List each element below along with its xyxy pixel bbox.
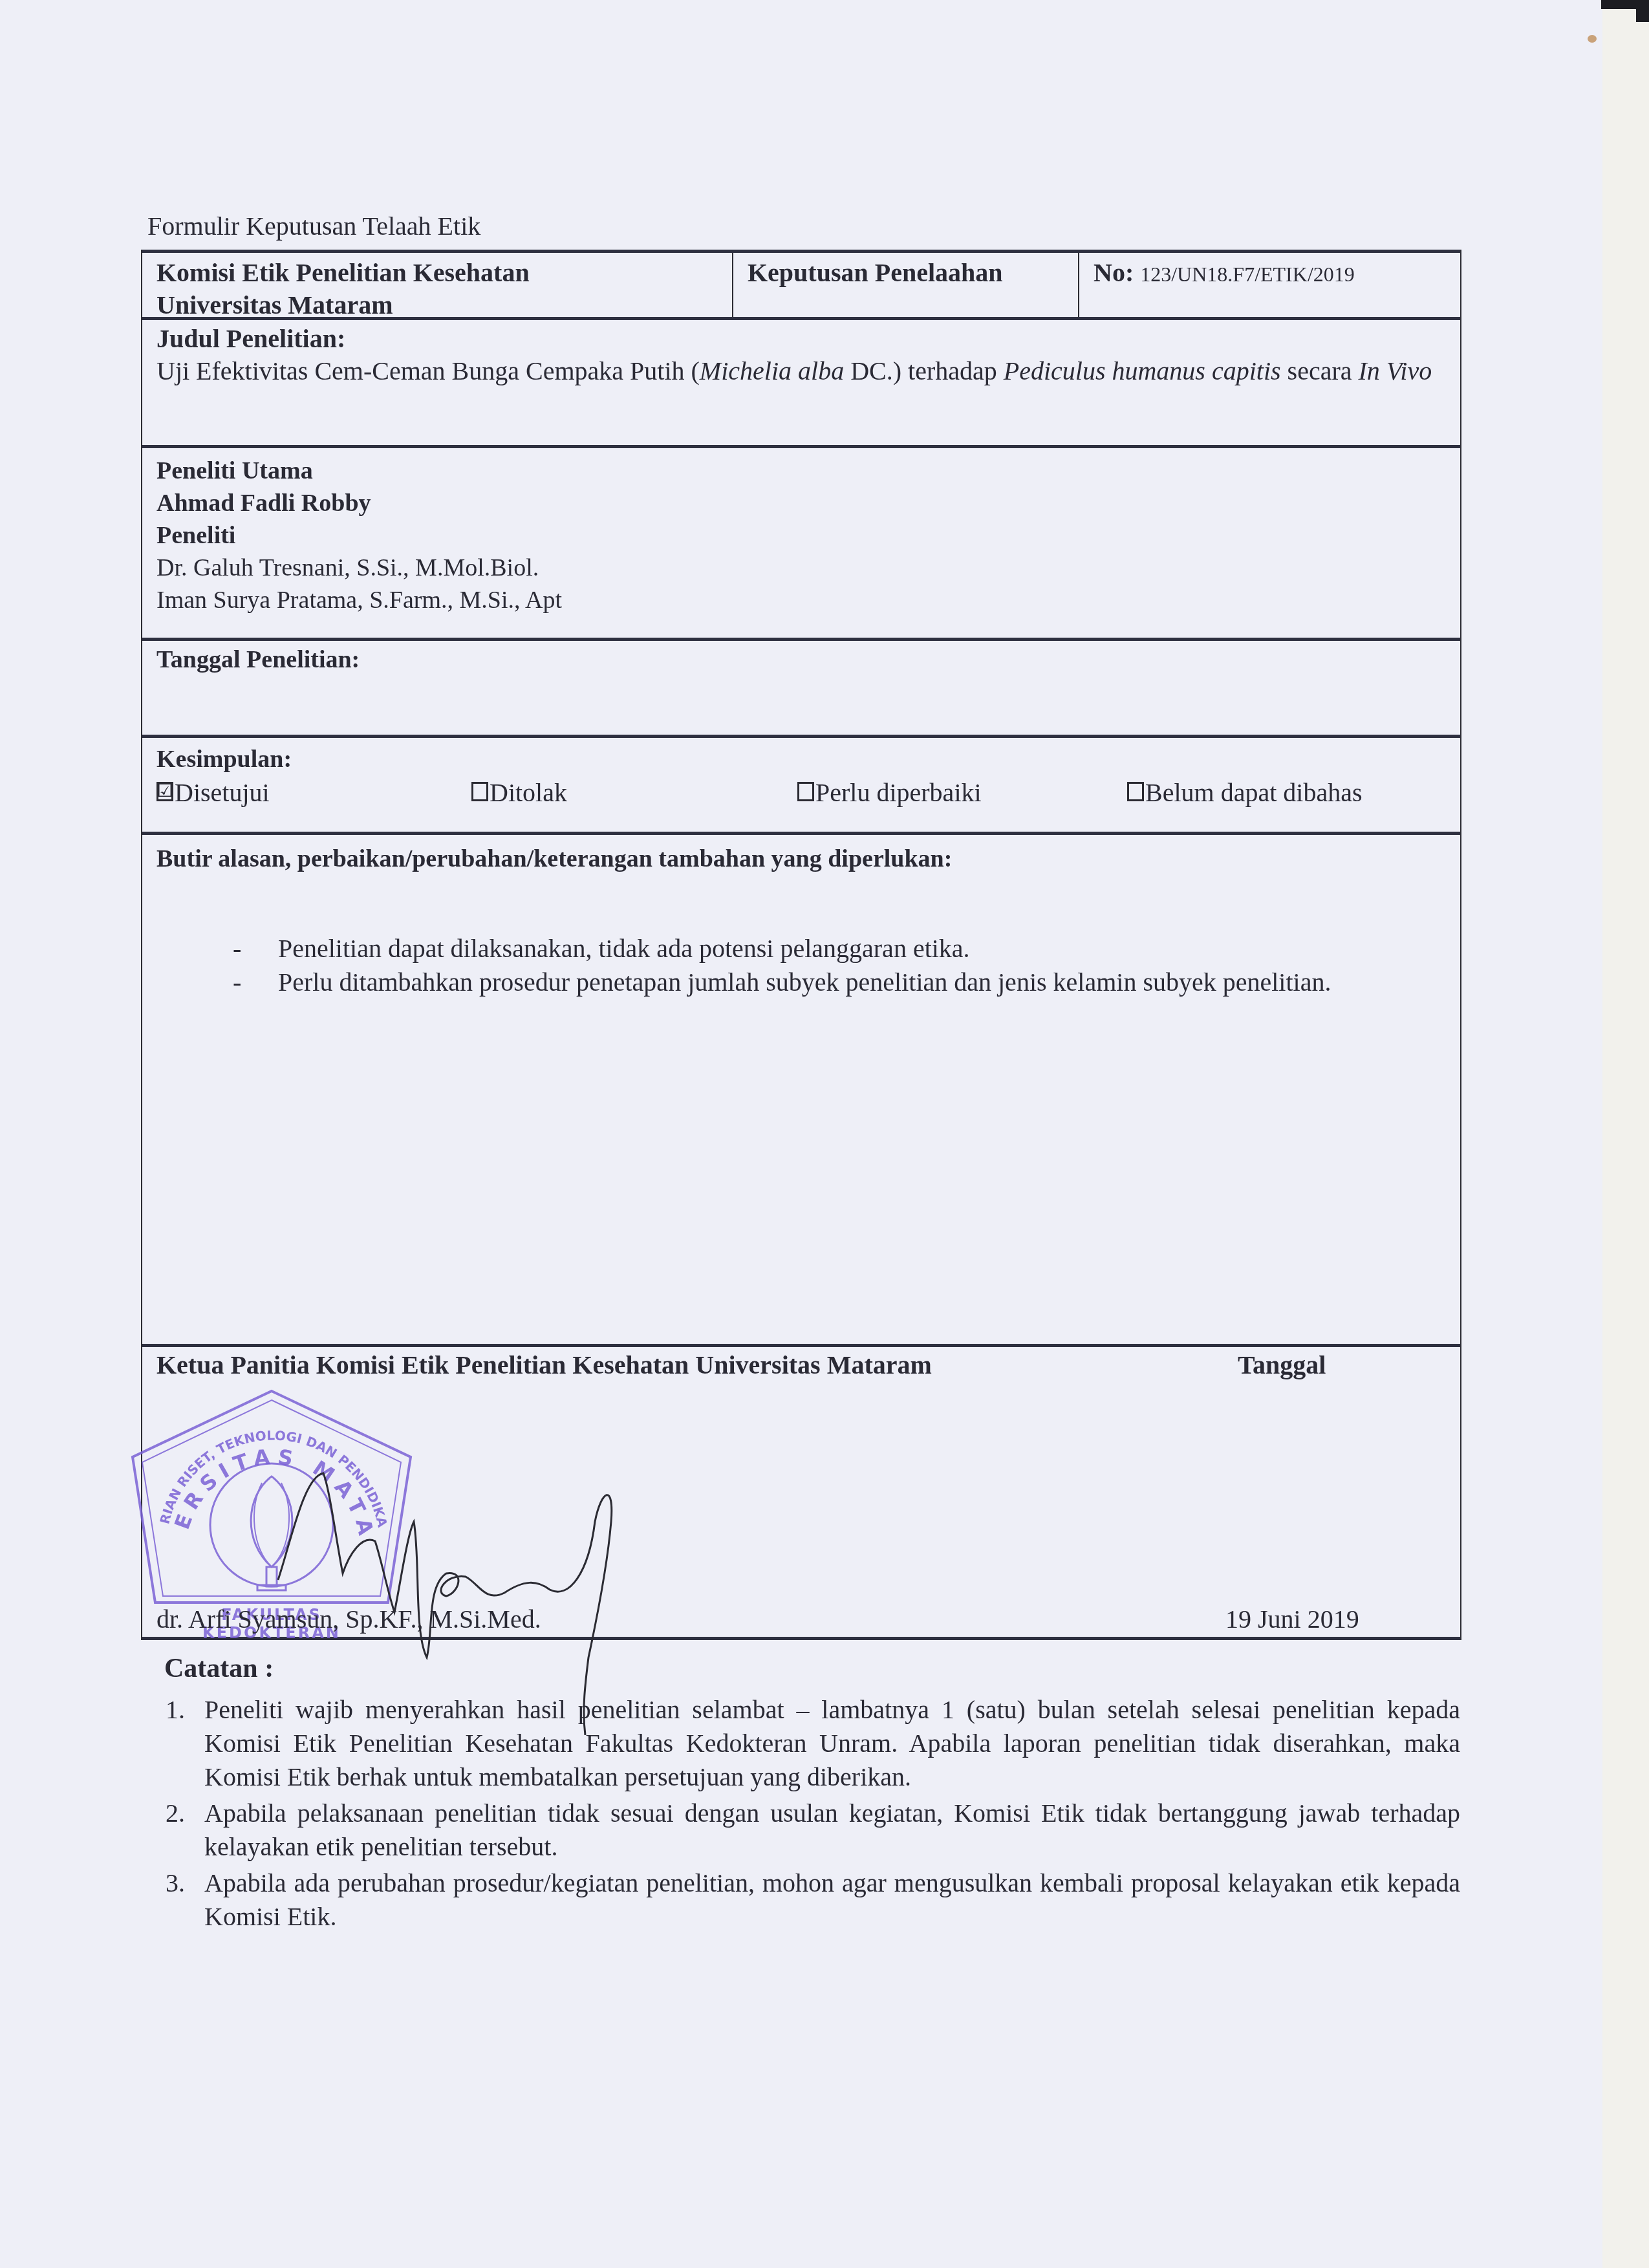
note-text: Apabila pelaksanaan penelitian tidak ses… — [204, 1797, 1460, 1864]
checkbox-empty-icon[interactable] — [471, 782, 488, 801]
number-label: No: — [1094, 258, 1134, 287]
conclusion-options: ☑ Disetujui Ditolak Perlu diperbaiki Bel… — [156, 775, 1446, 810]
note-number: 3. — [164, 1866, 204, 1934]
research-date-section: Tanggal Penelitian: — [142, 638, 1460, 735]
committee-name-cell: Komisi Etik Penelitian Kesehatan Univers… — [142, 253, 733, 317]
option-not-yet-discussed[interactable]: Belum dapat dibahas — [1127, 775, 1362, 810]
form-header-row: Komisi Etik Penelitian Kesehatan Univers… — [142, 250, 1460, 317]
option-label: Perlu diperbaiki — [815, 775, 982, 810]
paper-edge — [1602, 0, 1649, 2268]
form-caption: Formulir Keputusan Telaah Etik — [147, 211, 480, 241]
research-date-label: Tanggal Penelitian: — [156, 643, 1446, 676]
sign-date-label: Tanggal — [1238, 1347, 1326, 1383]
note-number: 2. — [164, 1797, 204, 1864]
bullet-dash-icon: - — [233, 932, 278, 966]
reasons-section: Butir alasan, perbaikan/perubahan/ketera… — [142, 832, 1460, 1344]
note-number: 1. — [164, 1693, 204, 1794]
checkbox-checked-icon[interactable]: ☑ — [156, 782, 173, 801]
note-text: Apabila ada perubahan prosedur/kegiatan … — [204, 1866, 1460, 1934]
reason-item: - Perlu ditambahkan prosedur penetapan j… — [233, 966, 1331, 999]
notes-list: 1. Peneliti wajib menyerahkan hasil pene… — [164, 1693, 1460, 1934]
checkbox-empty-icon[interactable] — [1127, 782, 1144, 801]
option-label: Disetujui — [175, 775, 270, 810]
reason-item: - Penelitian dapat dilaksanakan, tidak a… — [233, 932, 1331, 966]
decision-label-cell: Keputusan Penelaahan — [733, 253, 1079, 317]
title-segment-species: Pediculus humanus capitis — [1004, 356, 1281, 385]
reasons-label: Butir alasan, perbaikan/perubahan/ketera… — [156, 843, 1446, 875]
conclusion-section: Kesimpulan: ☑ Disetujui Ditolak Perlu di… — [142, 735, 1460, 832]
researcher-name: Dr. Galuh Tresnani, S.Si., M.Mol.Biol. — [156, 552, 1446, 584]
option-label: Belum dapat dibahas — [1145, 775, 1362, 810]
note-item: 1. Peneliti wajib menyerahkan hasil pene… — [164, 1693, 1460, 1794]
title-segment-method: In Vivo — [1358, 356, 1432, 385]
document-number: 123/UN18.F7/ETIK/2019 — [1140, 263, 1355, 286]
signatory-name: dr. Arfi Syamsun, Sp.KF., M.Si.Med. — [156, 1603, 541, 1636]
main-researcher-label: Peneliti Utama — [156, 455, 1446, 487]
title-segment: secara — [1281, 356, 1359, 385]
signature-section: KEMENTERIAN RISET, TEKNOLOGI DAN PENDIDI… — [142, 1344, 1460, 1640]
notes-section: Catatan : 1. Peneliti wajib menyerahkan … — [164, 1650, 1460, 1936]
note-item: 2. Apabila pelaksanaan penelitian tidak … — [164, 1797, 1460, 1864]
ethics-decision-form: Komisi Etik Penelitian Kesehatan Univers… — [141, 250, 1461, 1640]
research-title-label: Judul Penelitian: — [156, 323, 1446, 355]
title-segment: Uji Efektivitas Cem-Ceman Bunga Cempaka … — [156, 356, 700, 385]
conclusion-label: Kesimpulan: — [156, 743, 1446, 775]
option-approved[interactable]: ☑ Disetujui — [156, 775, 471, 810]
document-number-cell: No:123/UN18.F7/ETIK/2019 — [1079, 253, 1460, 317]
decision-label: Keputusan Penelaahan — [748, 258, 1003, 287]
main-researcher-name: Ahmad Fadli Robby — [156, 487, 1446, 519]
research-title: Uji Efektivitas Cem-Ceman Bunga Cempaka … — [156, 355, 1446, 387]
option-label: Ditolak — [490, 775, 567, 810]
researchers-section: Peneliti Utama Ahmad Fadli Robby Penelit… — [142, 445, 1460, 638]
research-title-section: Judul Penelitian: Uji Efektivitas Cem-Ce… — [142, 317, 1460, 445]
note-text: Peneliti wajib menyerahkan hasil penelit… — [204, 1693, 1460, 1794]
committee-name-line1: Komisi Etik Penelitian Kesehatan — [156, 257, 718, 289]
signatory-title: Ketua Panitia Komisi Etik Penelitian Kes… — [156, 1347, 932, 1383]
reason-text: Perlu ditambahkan prosedur penetapan jum… — [278, 966, 1331, 999]
note-item: 3. Apabila ada perubahan prosedur/kegiat… — [164, 1866, 1460, 1934]
scan-corner-shadow — [1636, 0, 1649, 22]
bullet-dash-icon: - — [233, 966, 278, 999]
option-needs-revision[interactable]: Perlu diperbaiki — [797, 775, 1127, 810]
title-segment: DC.) terhadap — [844, 356, 1004, 385]
notes-title: Catatan : — [164, 1650, 1460, 1687]
title-segment-species: Michelia alba — [700, 356, 844, 385]
option-rejected[interactable]: Ditolak — [471, 775, 797, 810]
researchers-label: Peneliti — [156, 519, 1446, 552]
sign-date: 19 Juni 2019 — [1225, 1603, 1359, 1636]
researcher-name: Iman Surya Pratama, S.Farm., M.Si., Apt — [156, 584, 1446, 616]
reasons-list: - Penelitian dapat dilaksanakan, tidak a… — [233, 932, 1331, 999]
paper-speck — [1588, 35, 1597, 43]
reason-text: Penelitian dapat dilaksanakan, tidak ada… — [278, 932, 970, 966]
checkbox-empty-icon[interactable] — [797, 782, 814, 801]
